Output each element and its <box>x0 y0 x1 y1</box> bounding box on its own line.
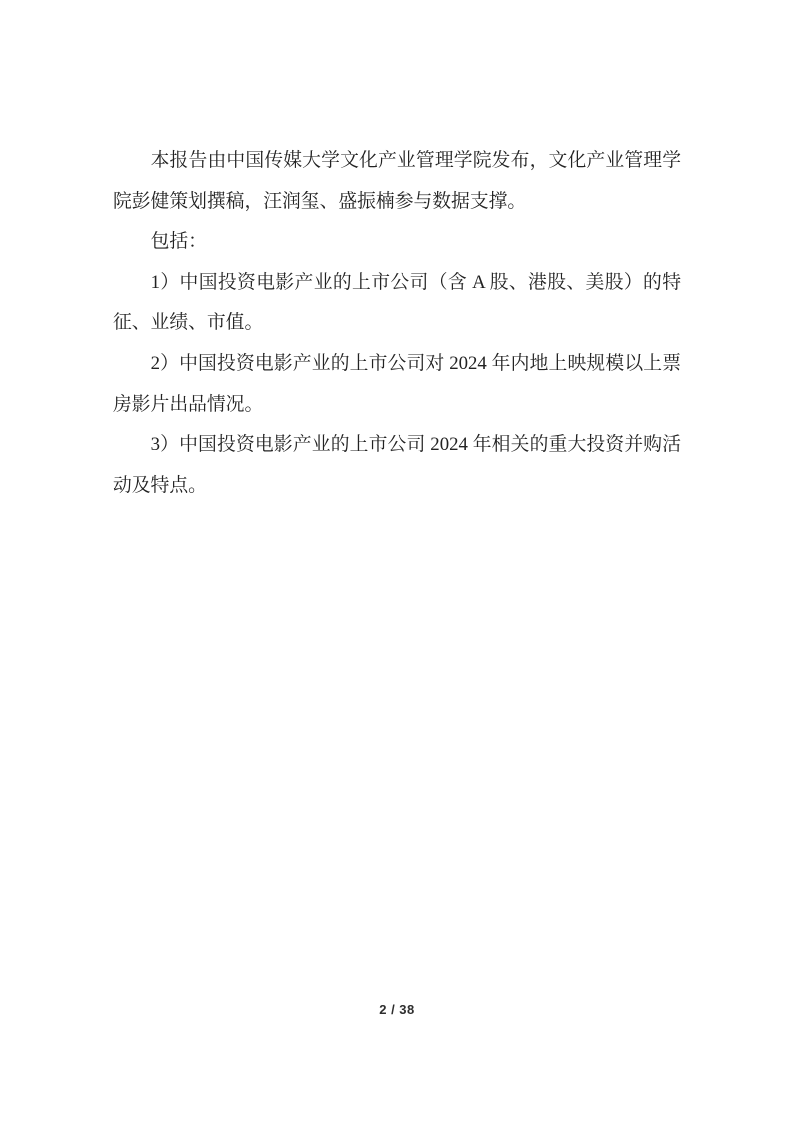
intro-paragraph: 本报告由中国传媒大学文化产业管理学院发布，文化产业管理学院彭健策划撰稿，汪润玺、… <box>113 141 681 222</box>
document-body: 本报告由中国传媒大学文化产业管理学院发布，文化产业管理学院彭健策划撰稿，汪润玺、… <box>113 141 681 506</box>
list-item-3: 3）中国投资电影产业的上市公司 2024 年相关的重大投资并购活动及特点。 <box>113 425 681 506</box>
page-number: 2 / 38 <box>379 1002 415 1017</box>
document-page: 本报告由中国传媒大学文化产业管理学院发布，文化产业管理学院彭健策划撰稿，汪润玺、… <box>0 0 794 1123</box>
list-item-2: 2）中国投资电影产业的上市公司对 2024 年内地上映规模以上票房影片出品情况。 <box>113 344 681 425</box>
page-footer: 2 / 38 <box>0 1001 794 1019</box>
list-item-1: 1）中国投资电影产业的上市公司（含 A 股、港股、美股）的特征、业绩、市值。 <box>113 263 681 344</box>
includes-label: 包括： <box>113 222 681 263</box>
